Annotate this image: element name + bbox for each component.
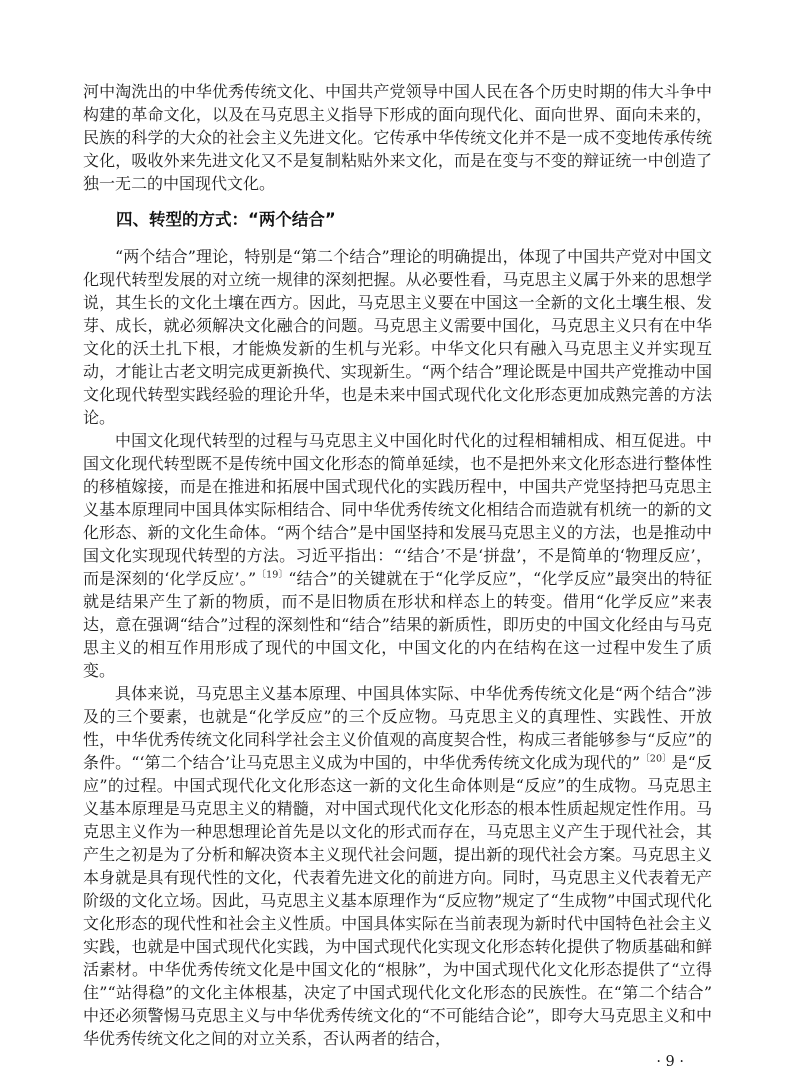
paragraph-text: 中国文化现代转型的过程与马克思主义中国化时代化的过程相辅相成、相互促进。中国文化… — [83, 431, 712, 588]
body-paragraph: 具体来说，马克思主义基本原理、中国具体实际、中华优秀传统文化是“两个结合”涉及的… — [83, 682, 712, 1050]
document-page: 河中淘洗出的中华优秀传统文化、中国共产党领导中国人民在各个历史时期的伟大斗争中构… — [83, 80, 712, 1073]
page-number: · 9 · — [83, 1051, 712, 1073]
body-paragraph: “两个结合”理论，特别是“第二个结合”理论的明确提出，体现了中国共产党对中国文化… — [83, 245, 712, 429]
body-paragraph: 中国文化现代转型的过程与马克思主义中国化时代化的过程相辅相成、相互促进。中国文化… — [83, 429, 712, 682]
footnote-ref-20: 〔20〕 — [640, 754, 671, 765]
section-heading: 四、转型的方式：“两个结合” — [83, 208, 712, 231]
paragraph-text: 具体来说，马克思主义基本原理、中国具体实际、中华优秀传统文化是“两个结合”涉及的… — [83, 684, 712, 772]
continuation-paragraph: 河中淘洗出的中华优秀传统文化、中国共产党领导中国人民在各个历史时期的伟大斗争中构… — [83, 80, 712, 195]
paragraph-text: 是“反应”的过程。中国式现代化文化形态这一新的文化生命体则是“反应”的生成物。马… — [83, 753, 712, 1048]
footnote-ref-19: 〔19〕 — [256, 570, 288, 581]
